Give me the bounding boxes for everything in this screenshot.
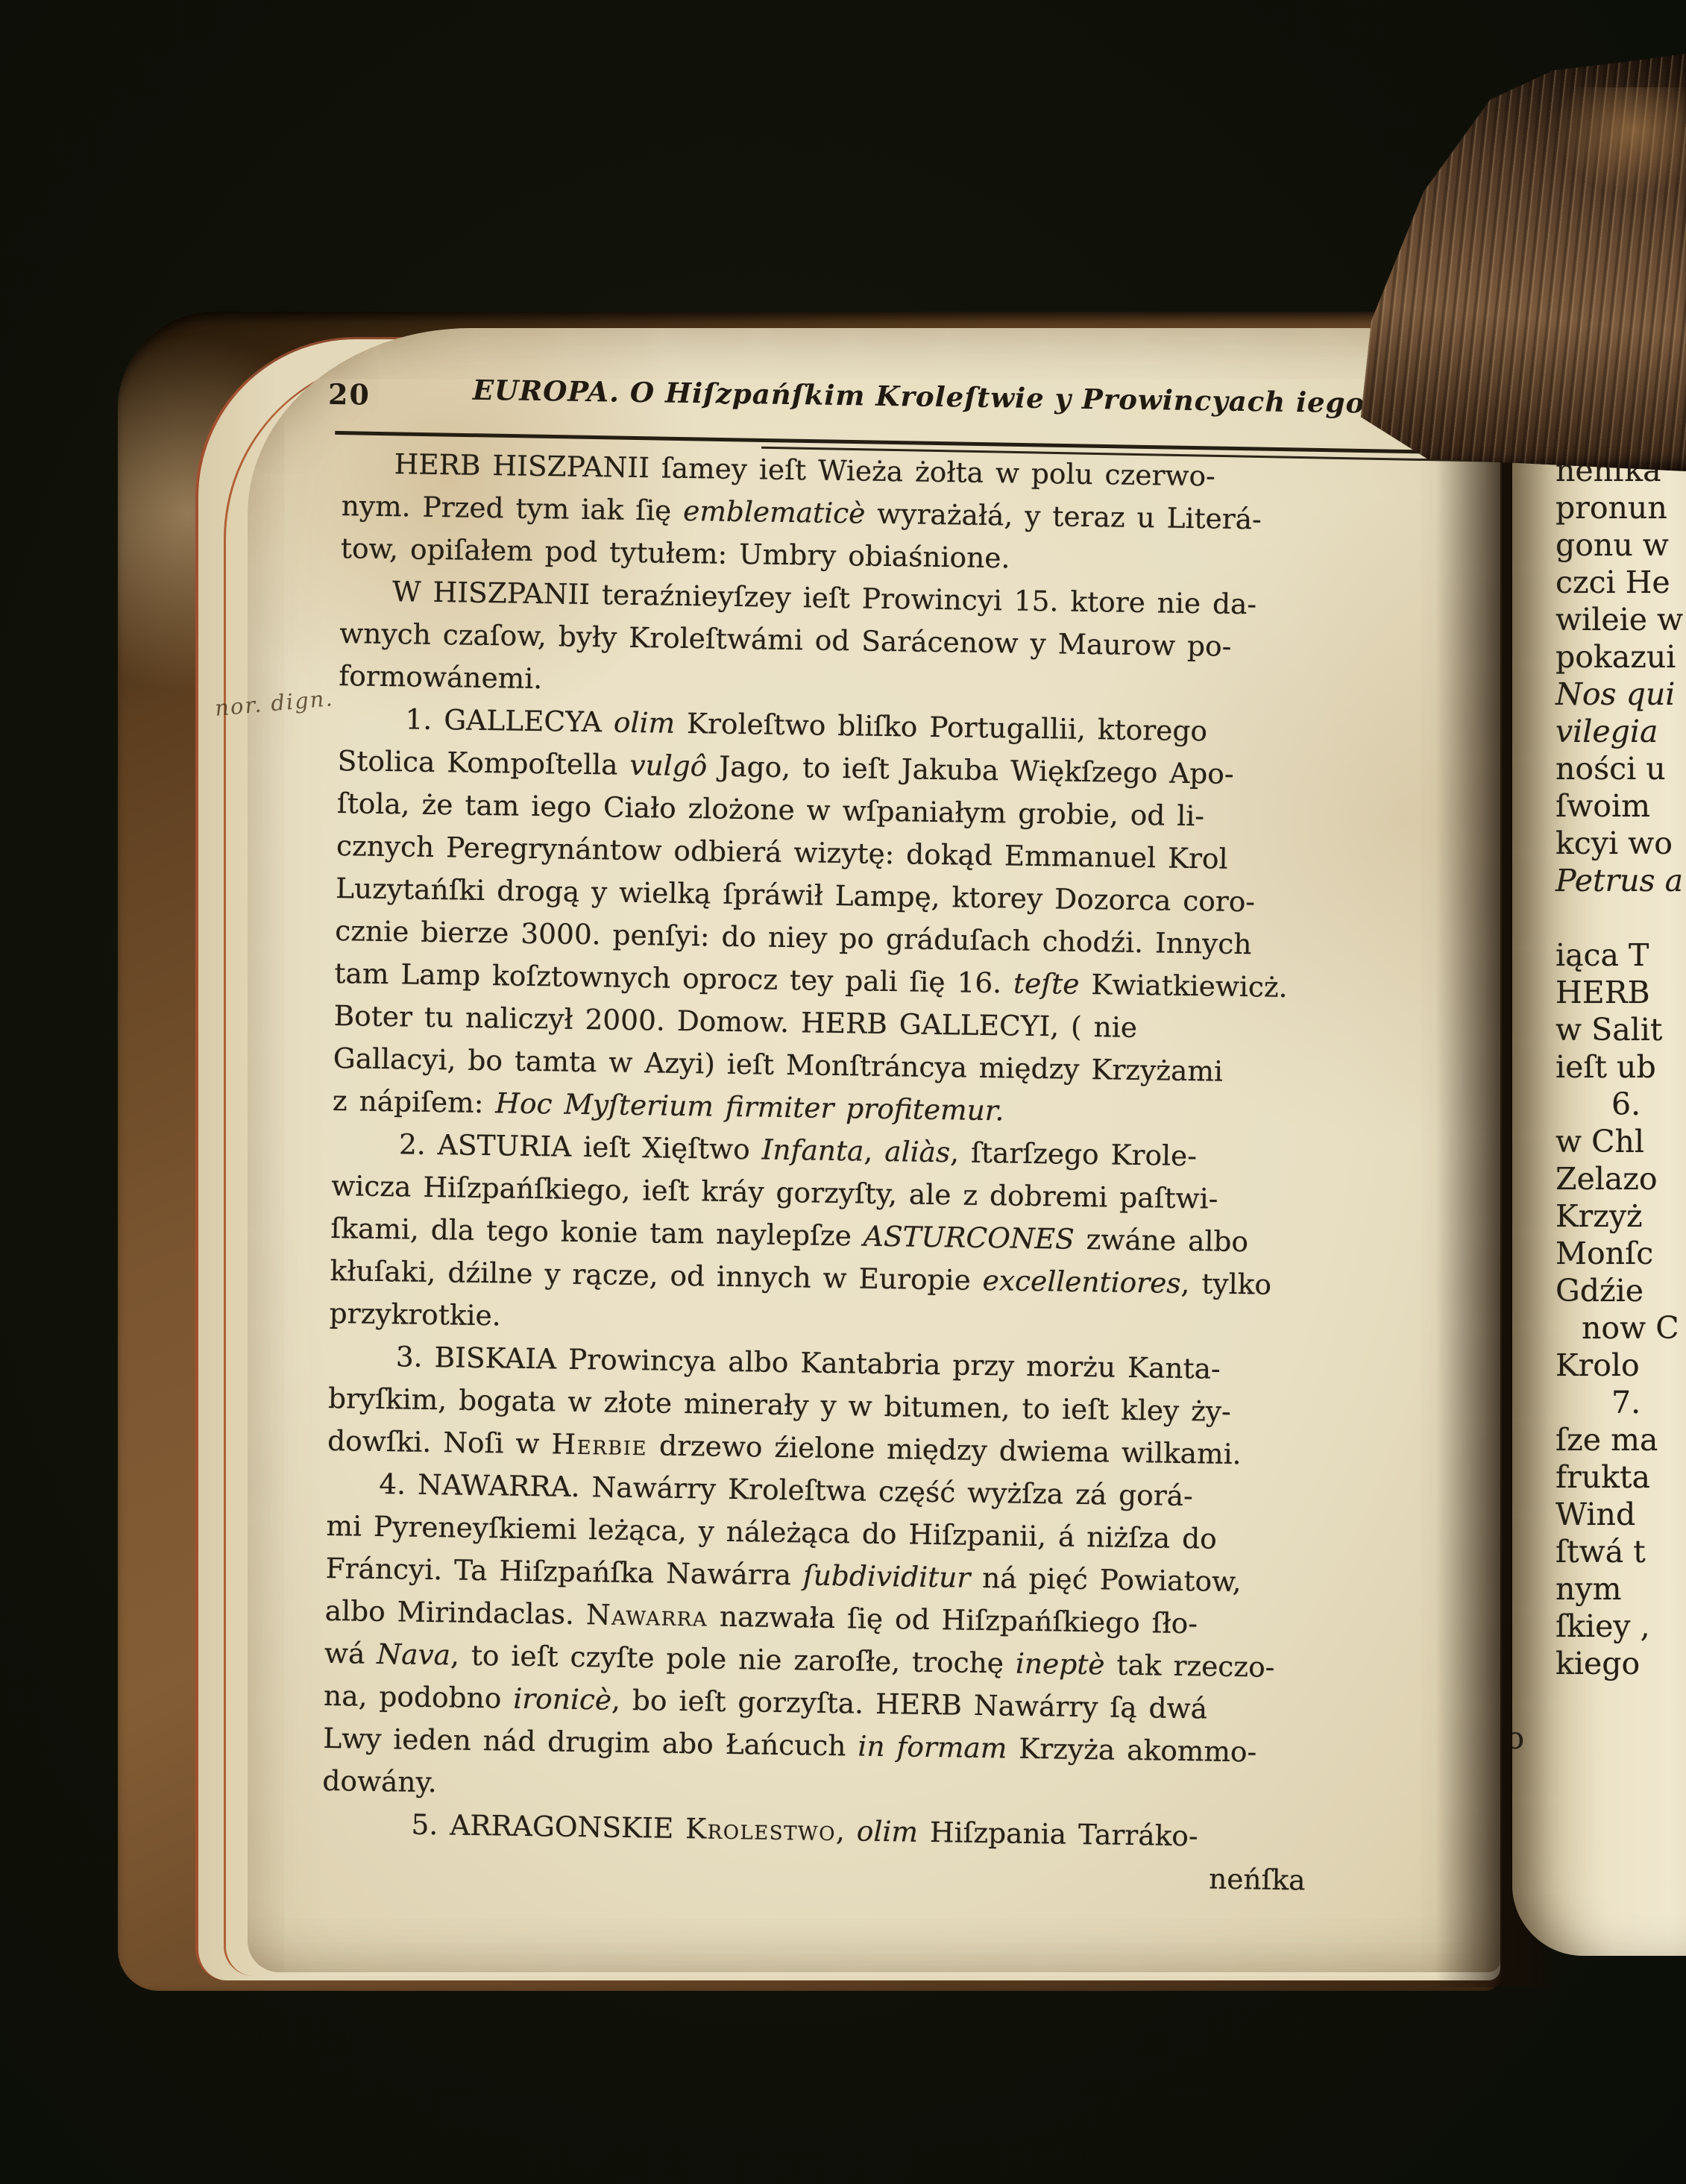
right-text-line: czci He bbox=[1556, 564, 1686, 601]
text-segment: 4. NAWARRA. Nawárry Kroleſtwa część wyżſ… bbox=[379, 1467, 1193, 1512]
right-text-line: 6. bbox=[1611, 1086, 1686, 1123]
text-segment: kłuſaki, dźilne y rącze, od innych w Eur… bbox=[330, 1254, 983, 1297]
right-text-line: pokazui bbox=[1556, 638, 1686, 676]
text-segment: Krolestwo bbox=[685, 1812, 836, 1847]
right-text-line: 7. bbox=[1611, 1384, 1686, 1421]
text-segment: ineptè bbox=[1016, 1647, 1105, 1681]
text-segment: olim bbox=[857, 1815, 919, 1848]
text-segment: Kroleſtwo bliſko Portugallii, ktorego bbox=[675, 707, 1208, 748]
text-segment: ſubdividitur bbox=[803, 1558, 971, 1593]
text-segment: 1. GALLECYA bbox=[405, 702, 614, 738]
text-segment: , bo ieſt gorzyſta. HERB Nawárry ſą dwá bbox=[611, 1684, 1208, 1725]
right-text-line: Zelazo bbox=[1556, 1160, 1686, 1198]
right-page: E neńſkapronungonu wczci Hewileie wpokaz… bbox=[1512, 371, 1686, 1956]
right-text-line: ności u bbox=[1556, 750, 1686, 787]
right-text-line: Krolo bbox=[1556, 1347, 1686, 1384]
right-text-line: now C bbox=[1582, 1309, 1686, 1347]
text-segment: nym. Przed tym iak ſię bbox=[341, 489, 683, 527]
right-text-line: kcyi wo bbox=[1556, 825, 1686, 862]
text-segment: Kwiatkiewicż. bbox=[1079, 968, 1288, 1004]
text-segment: Nawarra bbox=[586, 1598, 708, 1632]
text-segment: dowſki. Noſi w bbox=[327, 1424, 552, 1460]
right-text-line: pronun bbox=[1556, 489, 1686, 526]
text-segment: Krzyża akommo- bbox=[1007, 1732, 1256, 1769]
left-page-text: HERB HISZPANII ſamey ieſt Wieża żołta w … bbox=[321, 442, 1494, 1904]
text-segment: Boter tu naliczył 2000. Domow. HERB GALL… bbox=[333, 999, 1137, 1044]
text-segment: dowány. bbox=[322, 1764, 437, 1799]
text-segment: 5. ARRAGONSKIE bbox=[411, 1808, 685, 1845]
right-text-line bbox=[1556, 899, 1686, 937]
text-segment: bryſkim, bogata w złote minerały y w bit… bbox=[328, 1382, 1231, 1428]
text-segment: 2. ASTURIA ieſt Xięſtwo bbox=[399, 1127, 762, 1165]
text-segment: ná pięć Powiatow, bbox=[970, 1561, 1242, 1598]
right-text-line: iąca T bbox=[1556, 937, 1686, 974]
text-segment: ſtola, że tam iego Ciało zlożone w wſpan… bbox=[337, 787, 1205, 832]
right-text-line: w Chl bbox=[1556, 1123, 1686, 1160]
text-segment: formowánemi. bbox=[339, 659, 542, 695]
right-text-line: Nos qui bbox=[1556, 676, 1686, 713]
left-page: 20 EUROPA. O Hiſzpańſkim Kroleſtwie y Pr… bbox=[248, 328, 1500, 1972]
right-text-line: ſwoim bbox=[1556, 787, 1686, 825]
right-text-line: vilegia bbox=[1556, 713, 1686, 750]
right-text-line: kiego bbox=[1556, 1645, 1686, 1682]
text-segment: Hoc Myſterium firmiter profitemur. bbox=[495, 1086, 1004, 1127]
text-segment: Infanta bbox=[761, 1133, 864, 1168]
text-segment: przykrotkie. bbox=[329, 1297, 501, 1332]
photo-of-open-book: { "scene":{"background_color":"#101209",… bbox=[0, 0, 1686, 2184]
right-text-line: kiego bbox=[1512, 1719, 1686, 1757]
right-text-line: ſkiey , bbox=[1556, 1608, 1686, 1645]
text-segment: ASTURCONES bbox=[864, 1220, 1075, 1256]
right-text-line: Petrus a bbox=[1556, 862, 1686, 899]
right-text-line: ieſt ub bbox=[1556, 1048, 1686, 1086]
text-segment: wyrażałá, y teraz u Literá- bbox=[865, 497, 1262, 536]
page-number: 20 bbox=[328, 377, 371, 412]
right-page-text: neńſkapronungonu wczci Hewileie wpokazui… bbox=[1556, 452, 1686, 1757]
right-text-line: HERB bbox=[1556, 974, 1686, 1011]
text-segment: Gallacyi, bo tamta w Azyi) ieſt Monſtrán… bbox=[333, 1042, 1223, 1088]
text-segment: zwáne albo bbox=[1074, 1223, 1248, 1258]
right-text-line: Gdźie bbox=[1556, 1272, 1686, 1309]
text-segment: ironicè bbox=[513, 1682, 611, 1716]
text-segment: wá bbox=[324, 1637, 377, 1670]
text-segment: Hiſzpania Tarráko- bbox=[918, 1816, 1198, 1853]
text-segment: Lwy ieden nád drugim abo Łańcuch bbox=[323, 1722, 858, 1763]
text-segment: nazwała ſię od Hiſzpańſkiego ſło- bbox=[708, 1600, 1198, 1640]
text-segment: teſte bbox=[1013, 967, 1080, 1001]
text-block-fore-edge bbox=[1336, 54, 1686, 471]
right-text-line bbox=[1556, 1682, 1686, 1719]
right-text-line: nym bbox=[1556, 1570, 1686, 1608]
text-segment: , tylko bbox=[1180, 1267, 1271, 1301]
text-segment: in formam bbox=[858, 1730, 1007, 1765]
text-segment: , to ieſt czyſte pole nie zaroſłe, troch… bbox=[450, 1638, 1016, 1679]
right-text-line: Monſc bbox=[1556, 1235, 1686, 1272]
text-segment: emblematicè bbox=[683, 494, 866, 530]
text-segment: mi Pyreneyſkiemi leżąca, y náleżąca do H… bbox=[326, 1509, 1217, 1555]
text-segment: tow, opiſałem pod tytułem: Umbry obiaśni… bbox=[341, 532, 1010, 574]
text-segment: Nava bbox=[377, 1637, 450, 1671]
text-segment: cznych Peregrynántow odbierá wizytę: dok… bbox=[336, 829, 1228, 875]
text-segment: Fráncyi. Ta Hiſzpańſka Nawárra bbox=[325, 1552, 803, 1591]
text-segment: Stolica Kompoſtella bbox=[337, 744, 629, 781]
text-segment: olim bbox=[614, 706, 676, 740]
text-segment: HERB HISZPANII ſamey ieſt Wieża żołta w … bbox=[394, 447, 1215, 492]
right-text-line: w Salit bbox=[1556, 1011, 1686, 1048]
text-segment: 3. BISKAIA Prowincya albo Kantabria przy… bbox=[396, 1340, 1221, 1385]
text-segment: Herbie bbox=[551, 1427, 647, 1461]
text-segment: wicza Hiſzpańſkiego, ieſt kráy gorzyſty,… bbox=[331, 1169, 1218, 1215]
text-segment: aliàs bbox=[884, 1135, 951, 1168]
text-segment: W HISZPANII teraźnieyſzey ieſt Prowincyi… bbox=[392, 575, 1257, 620]
text-segment: wnych czaſow, były Kroleſtwámi od Saráce… bbox=[339, 617, 1232, 663]
text-segment: vulgô bbox=[629, 749, 708, 783]
right-text-line: gonu w bbox=[1556, 526, 1686, 564]
right-text-line: Wind bbox=[1556, 1496, 1686, 1533]
right-text-line: ſtwá t bbox=[1556, 1533, 1686, 1570]
fore-edge-highlight bbox=[1553, 87, 1686, 196]
text-segment: tam Lamp koſztownych oprocz tey pali ſię… bbox=[334, 957, 1013, 1000]
text-segment: ſkami, dla tego konie tam naylepſze bbox=[330, 1212, 864, 1253]
right-text-line: wileie w bbox=[1556, 601, 1686, 638]
text-segment: Jago, to ieſt Jakuba Więkſzego Apo- bbox=[707, 749, 1234, 790]
text-segment: excellentiores bbox=[982, 1264, 1180, 1300]
right-text-line: Krzyż bbox=[1556, 1198, 1686, 1235]
text-segment: , bbox=[836, 1814, 857, 1847]
text-segment: albo Mirindaclas. bbox=[324, 1594, 586, 1631]
text-segment: drzewo źielone między dwiema wilkami. bbox=[647, 1429, 1242, 1470]
text-segment: tak rzeczo- bbox=[1104, 1648, 1275, 1683]
left-page-content: 20 EUROPA. O Hiſzpańſkim Kroleſtwie y Pr… bbox=[248, 328, 1500, 1972]
text-segment: na, podobno bbox=[324, 1679, 514, 1715]
text-segment: z nápiſem: bbox=[333, 1084, 496, 1119]
right-text-line: ſze ma bbox=[1556, 1421, 1686, 1458]
text-segment: , bbox=[864, 1135, 884, 1168]
text-segment: , ſtarſzego Krole- bbox=[950, 1136, 1197, 1172]
right-text-line: frukta bbox=[1556, 1458, 1686, 1496]
running-title: EUROPA. O Hiſzpańſkim Kroleſtwie y Prowi… bbox=[449, 373, 1389, 420]
